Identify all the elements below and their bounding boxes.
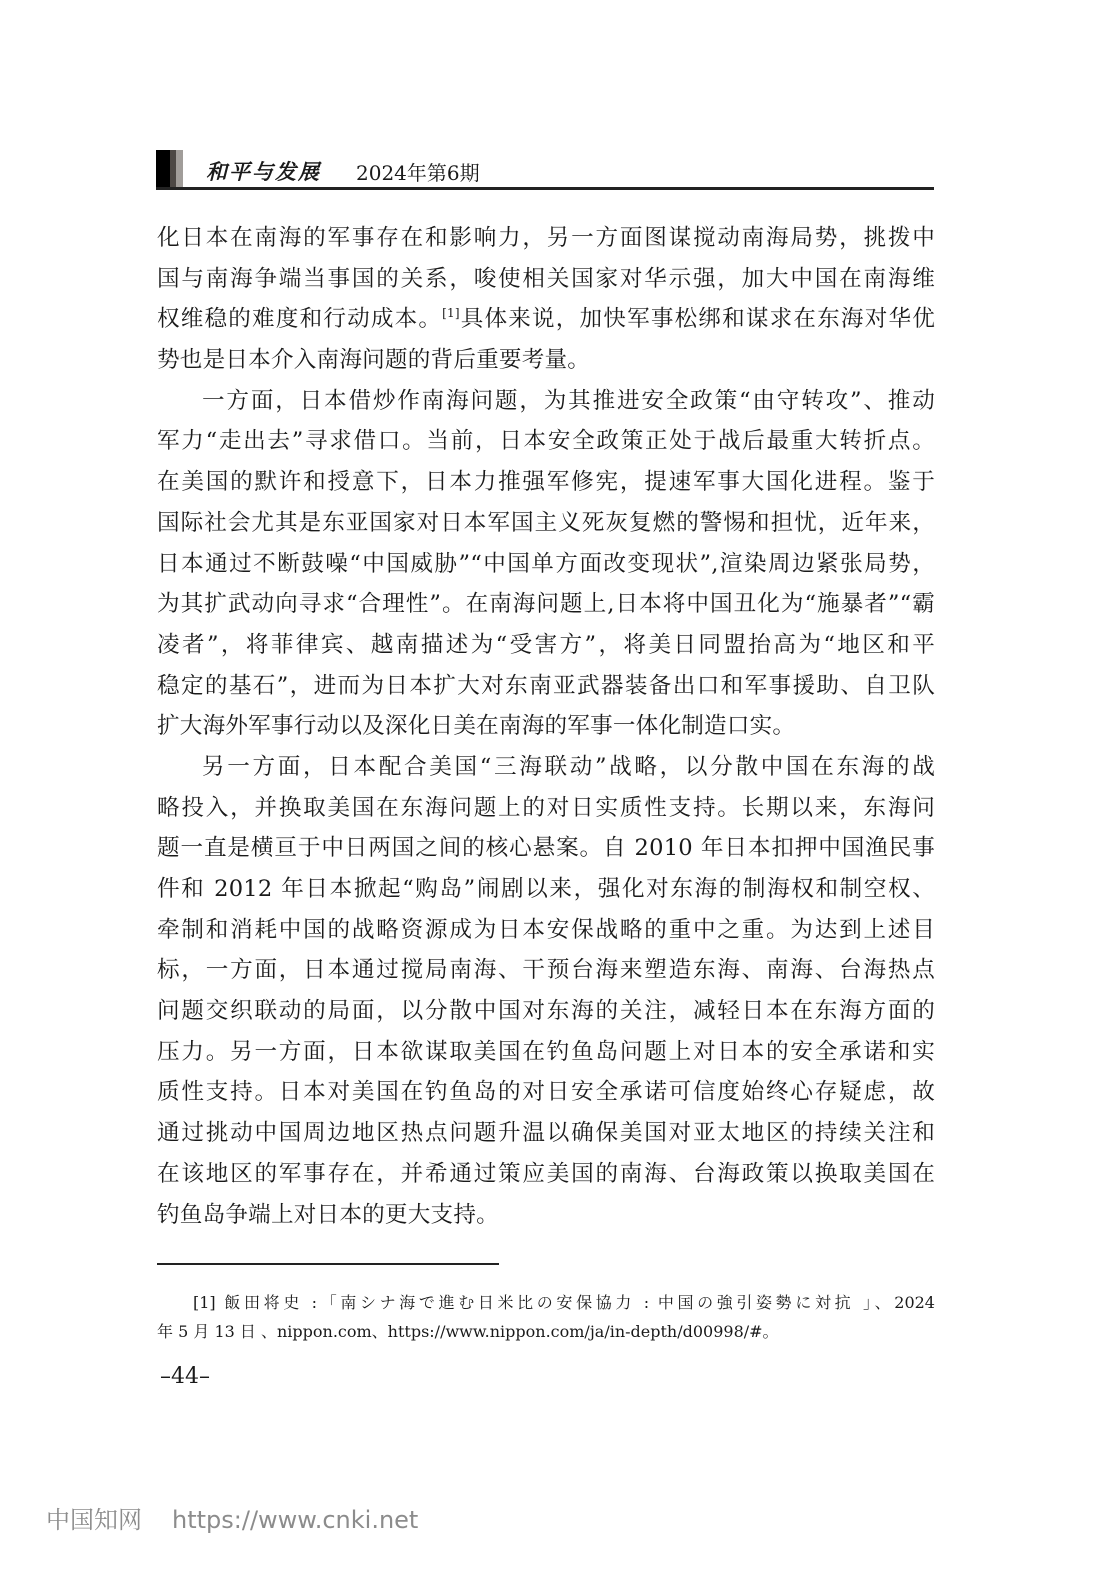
body-line: 通过挑动中国周边地区热点问题升温以确保美国对亚太地区的持续关注和 bbox=[157, 1113, 935, 1154]
running-header: 和平与发展 2024年第6期 bbox=[156, 150, 934, 190]
header-rule bbox=[156, 187, 934, 190]
body-line: 势也是日本介入南海问题的背后重要考量。 bbox=[157, 340, 935, 381]
journal-title: 和平与发展 bbox=[206, 156, 321, 186]
body-line: 牵制和消耗中国的战略资源成为日本安保战略的重中之重。为达到上述目 bbox=[157, 910, 935, 951]
body-line: 凌者”，将菲律宾、越南描述为“受害方”，将美日同盟抬高为“地区和平 bbox=[157, 625, 935, 666]
body-line-text: 具体来说，加快军事松绑和谋求在东海对华优 bbox=[460, 306, 935, 332]
body-line: 钓鱼岛争端上对日本的更大支持。 bbox=[157, 1195, 935, 1236]
body-line-text: 权维稳的难度和行动成本。 bbox=[157, 306, 442, 332]
body-line: 国际社会尤其是东亚国家对日本军国主义死灰复燃的警惕和担忧，近年来， bbox=[157, 503, 935, 544]
body-line: 日本通过不断鼓噪“中国威胁”“中国单方面改变现状”,渲染周边紧张局势， bbox=[157, 544, 935, 585]
body-line: 化日本在南海的军事存在和影响力，另一方面图谋搅动南海局势，挑拨中 bbox=[157, 218, 935, 259]
cnki-watermark: 中国知网https://www.cnki.net bbox=[46, 1500, 418, 1535]
journal-issue: 2024年第6期 bbox=[356, 157, 480, 186]
footnote-ref-1[interactable]: [1] bbox=[442, 306, 460, 320]
footnote-line: [1] 飯田将史 :「南シナ海で進む日米比の安保協力 : 中国の強引姿勢に対抗 … bbox=[157, 1288, 935, 1317]
body-line: 件和 2012 年日本掀起“购岛”闹剧以来，强化对东海的制海权和制空权、 bbox=[157, 869, 935, 910]
body-line: 压力。另一方面，日本欲谋取美国在钓鱼岛问题上对日本的安全承诺和实 bbox=[157, 1032, 935, 1073]
body-line: 扩大海外军事行动以及深化日美在南海的军事一体化制造口实。 bbox=[157, 706, 935, 747]
body-line: 权维稳的难度和行动成本。[1]具体来说，加快军事松绑和谋求在东海对华优 bbox=[157, 299, 935, 340]
body-line: 题一直是横亘于中日两国之间的核心悬案。自 2010 年日本扣押中国渔民事 bbox=[157, 828, 935, 869]
body-line-paragraph-start: 另一方面，日本配合美国“三海联动”战略，以分散中国在东海的战 bbox=[157, 747, 935, 788]
header-decorative-bars bbox=[156, 150, 184, 188]
body-line: 质性支持。日本对美国在钓鱼岛的对日安全承诺可信度始终心存疑虑，故 bbox=[157, 1072, 935, 1113]
body-line: 在该地区的军事存在，并希通过策应美国的南海、台海政策以换取美国在 bbox=[157, 1154, 935, 1195]
article-body: 化日本在南海的军事存在和影响力，另一方面图谋搅动南海局势，挑拨中 国与南海争端当… bbox=[157, 218, 935, 1235]
body-line: 稳定的基石”，进而为日本扩大对东南亚武器装备出口和军事援助、自卫队 bbox=[157, 666, 935, 707]
header-bar-black bbox=[156, 150, 170, 188]
footnote-separator bbox=[157, 1263, 499, 1265]
watermark-url[interactable]: https://www.cnki.net bbox=[172, 1506, 418, 1534]
body-line: 标，一方面，日本通过搅局南海、干预台海来塑造东海、南海、台海热点 bbox=[157, 950, 935, 991]
body-line-paragraph-start: 一方面，日本借炒作南海问题，为其推进安全政策“由守转攻”、推动 bbox=[157, 381, 935, 422]
footnote: [1] 飯田将史 :「南シナ海で進む日米比の安保協力 : 中国の強引姿勢に対抗 … bbox=[157, 1288, 935, 1346]
body-line: 为其扩武动向寻求“合理性”。在南海问题上,日本将中国丑化为“施暴者”“霸 bbox=[157, 584, 935, 625]
body-line: 问题交织联动的局面，以分散中国对东海的关注，减轻日本在东海方面的 bbox=[157, 991, 935, 1032]
header-bar-light-gray bbox=[176, 150, 183, 188]
body-line: 军力“走出去”寻求借口。当前，日本安全政策正处于战后最重大转折点。 bbox=[157, 421, 935, 462]
body-line: 国与南海争端当事国的关系，唆使相关国家对华示强，加大中国在南海维 bbox=[157, 259, 935, 300]
body-line: 略投入，并换取美国在东海问题上的对日实质性支持。长期以来，东海问 bbox=[157, 788, 935, 829]
footnote-line: 年 5 月 13 日 、nippon.com、https://www.nippo… bbox=[157, 1317, 935, 1346]
body-line: 在美国的默许和授意下，日本力推强军修宪，提速军事大国化进程。鉴于 bbox=[157, 462, 935, 503]
page-number: –44– bbox=[160, 1364, 210, 1389]
watermark-site-name: 中国知网 bbox=[46, 1506, 142, 1534]
